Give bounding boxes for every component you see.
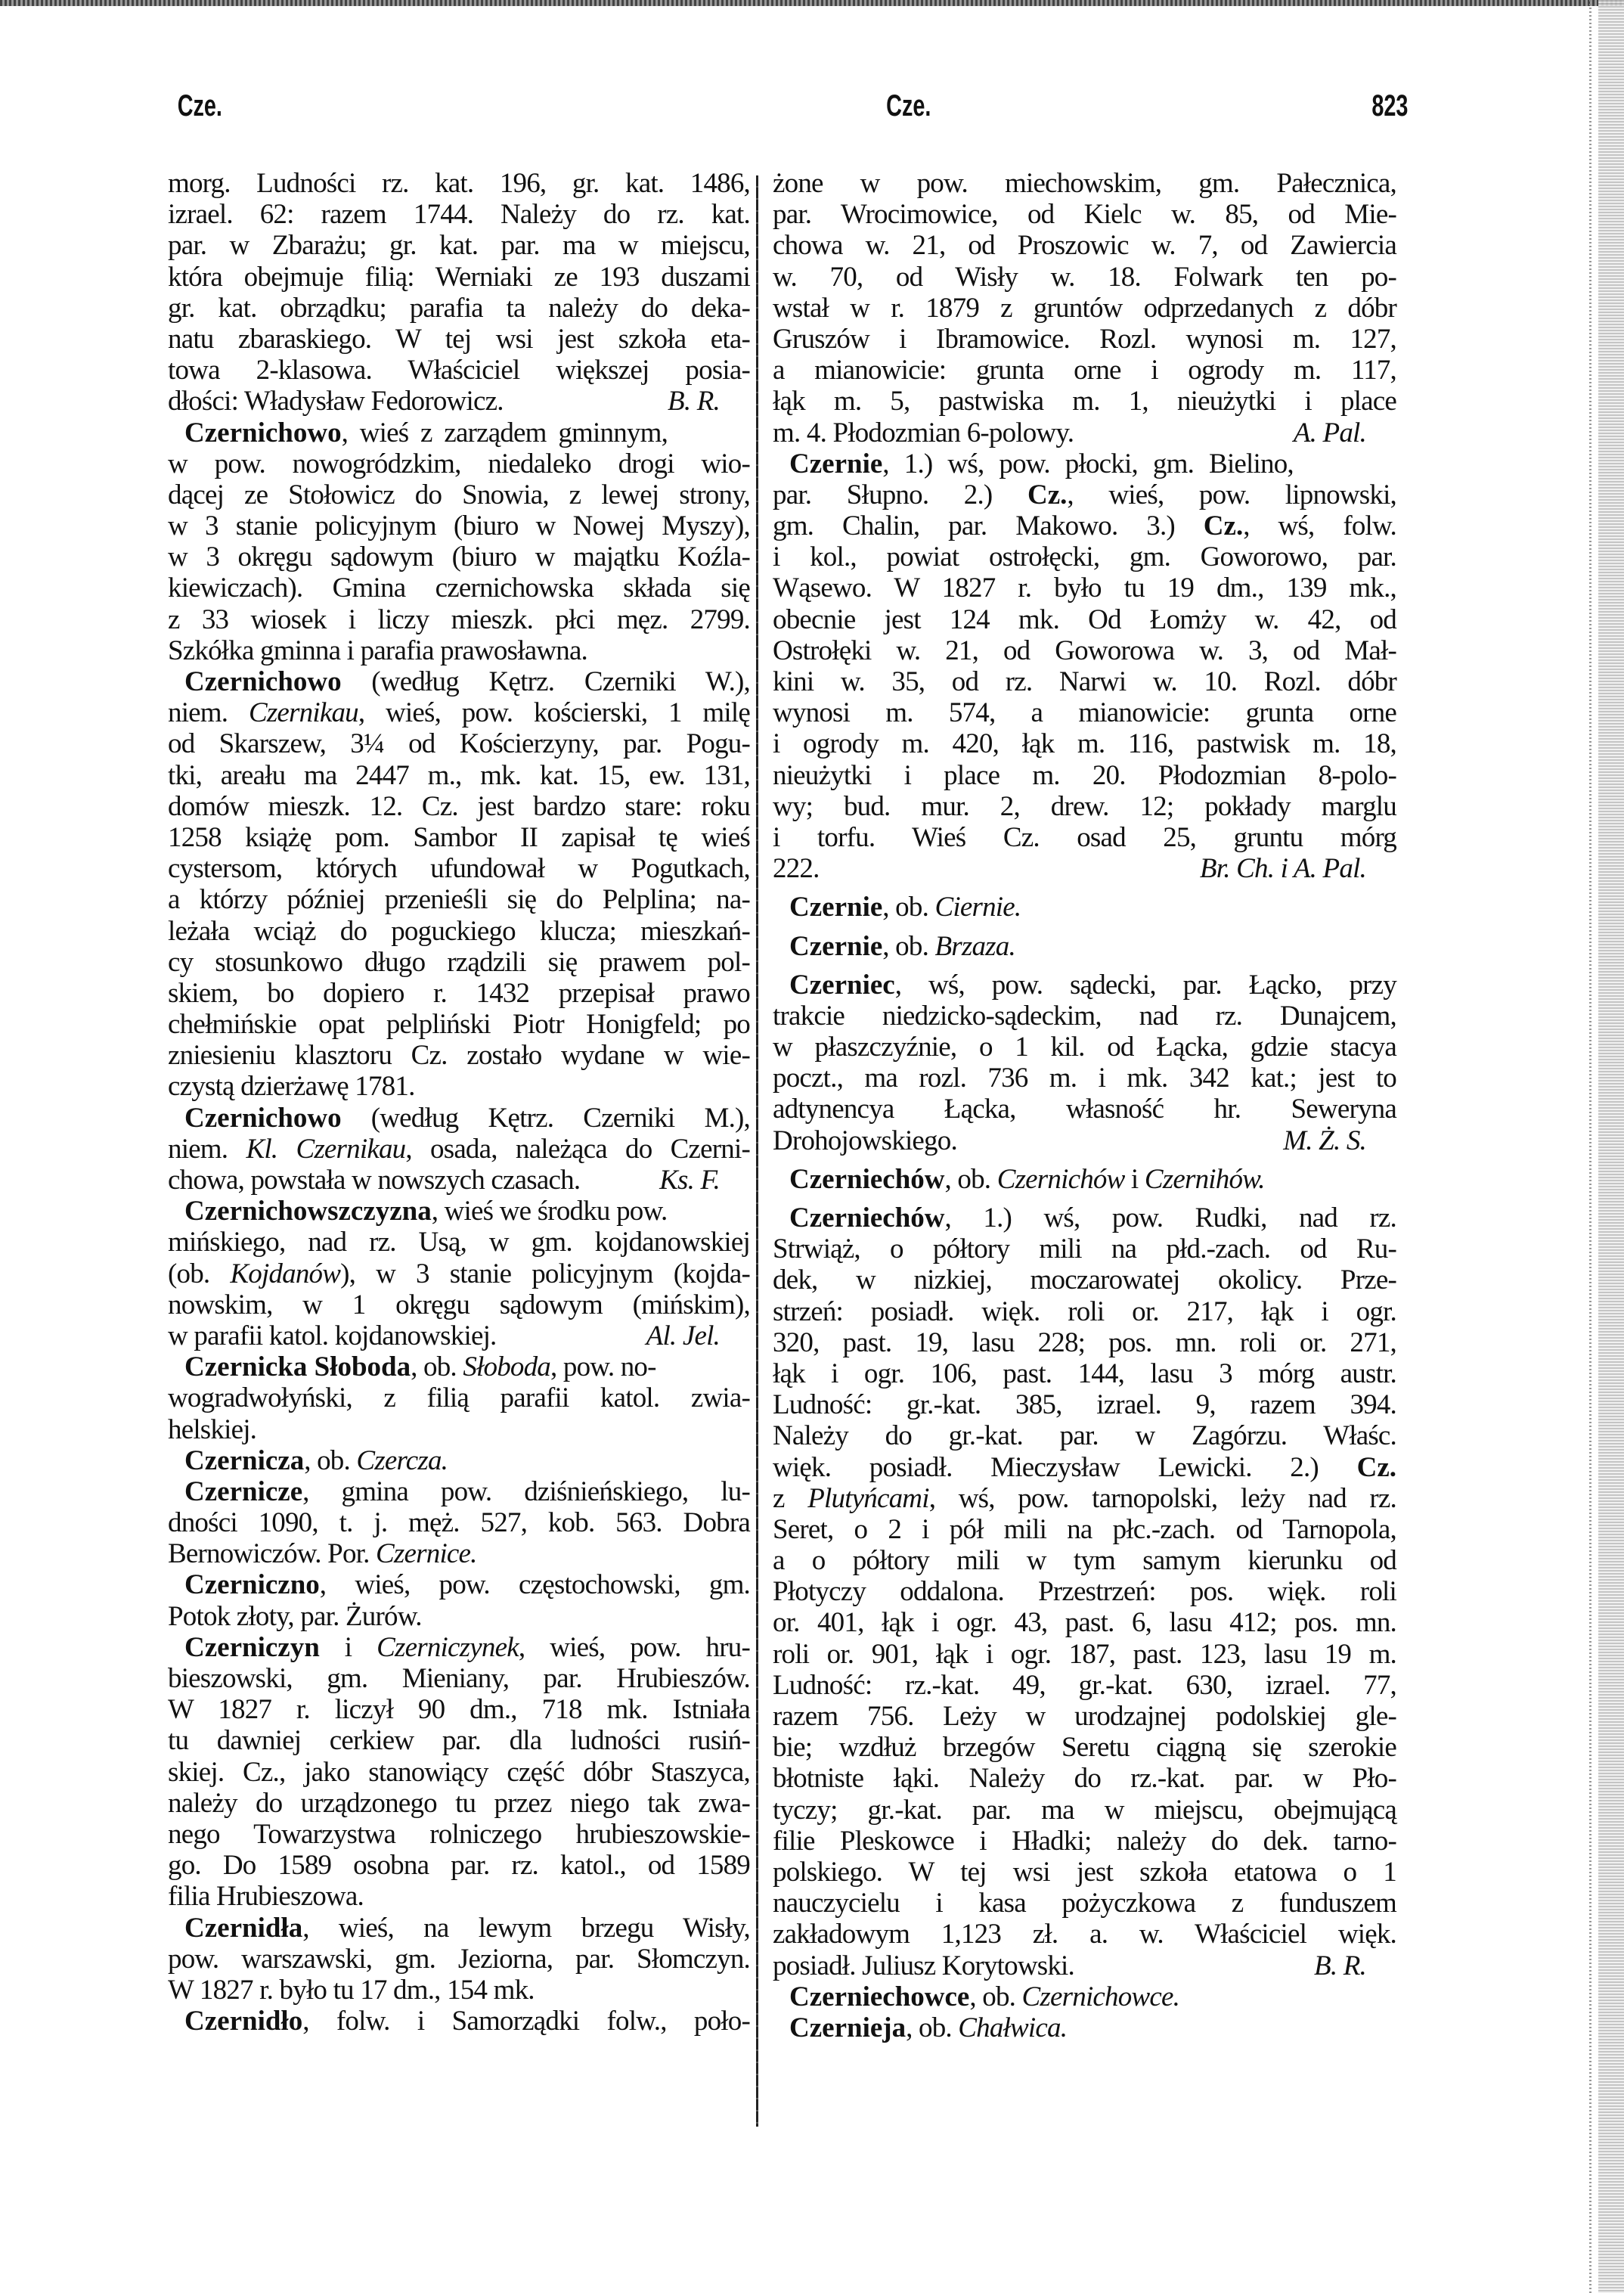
- text-run: roli or. 901, łąk i ogr. 187, past. 123,…: [773, 1639, 1396, 1670]
- scan-top-edge: [0, 0, 1624, 6]
- text-run: , wieś, pow. kościerski, 1 milę: [358, 697, 750, 728]
- text-line: filie Pleskowce i Hładki; należy do dek.…: [773, 1826, 1396, 1857]
- headword: Czerniczno: [184, 1569, 320, 1600]
- text-run: filia Hrubieszowa.: [168, 1881, 364, 1912]
- text-run: kiewiczach). Gmina czernichowska składa …: [168, 572, 750, 604]
- entry-headword-line: Czernie, ob. Brzaza.: [773, 931, 1396, 962]
- text-run: (według Kętrz. Czerniki M.),: [342, 1103, 750, 1134]
- text-run: Potok złoty, par. Żurów.: [168, 1601, 422, 1632]
- italic-reference: Czernihów.: [1145, 1164, 1265, 1195]
- text-run: Ludność: gr.-kat. 385, izrael. 9, razem …: [773, 1389, 1396, 1420]
- text-line: Strwiąż, o półtory mili na płd.-zach. od…: [773, 1233, 1396, 1264]
- entry-headword-line: Czernie, 1.) wś, pow. płocki, gm. Bielin…: [773, 448, 1396, 479]
- italic-reference: Czercza.: [356, 1445, 448, 1476]
- text-run: tyczy; gr.-kat. par. ma w miejscu, obejm…: [773, 1795, 1396, 1826]
- text-run: a o półtory mili w tym samym kierunku od: [773, 1545, 1396, 1576]
- text-line: pow. warszawski, gm. Jeziorna, par. Słom…: [168, 1944, 750, 1975]
- italic-reference: Czernichowce.: [1022, 1981, 1179, 2012]
- text-run: a którzy później przenieśli się do Pelpl…: [168, 884, 750, 915]
- text-run: 1258 książę pom. Sambor II zapisał tę wi…: [168, 822, 750, 853]
- text-run: i torfu. Wieś Cz. osad 25, gruntu mórg: [773, 822, 1396, 853]
- text-line: Należy do gr.-kat. par. w Zagórzu. Właśc…: [773, 1420, 1396, 1451]
- text-run: , folw. i Samorządki folw., poło-: [302, 2006, 750, 2037]
- text-run: w 3 okręgu sądowym (biuro w majątku Koźl…: [168, 541, 750, 572]
- text-run: tki, areału ma 2447 m., mk. kat. 15, ew.…: [168, 760, 750, 791]
- text-run: , 1.) wś, pow. płocki, gm. Bielino,: [882, 448, 1294, 479]
- text-line: Ostrołęki w. 21, od Goworowa w. 3, od Ma…: [773, 635, 1396, 666]
- text-line: polskiego. W tej wsi jest szkoła etatowa…: [773, 1857, 1396, 1888]
- text-line: 320, past. 19, lasu 228; pos. mn. roli o…: [773, 1327, 1396, 1358]
- entry-headword-line: Czerniczno, wieś, pow. częstochowski, gm…: [168, 1569, 750, 1600]
- headword: Cz.: [1357, 1452, 1396, 1483]
- text-line: trakcie niedzicko-sądeckim, nad rz. Duna…: [773, 1001, 1396, 1032]
- entry-headword-line: Czernicka Słoboda, ob. Słoboda, pow. no-: [168, 1351, 750, 1382]
- text-line: dności 1090, t. j. męż. 527, kob. 563. D…: [168, 1507, 750, 1538]
- text-line: w płaszczyźnie, o 1 kil. od Łącka, gdzie…: [773, 1032, 1396, 1063]
- text-line: dłości: Władysław Fedorowicz. B. R.: [168, 386, 750, 417]
- entry-headword-line: Czerniechów, ob. Czernichów i Czernihów.: [773, 1164, 1396, 1195]
- text-run: Drohojowskiego.: [773, 1125, 957, 1156]
- text-line: skiej. Cz., jako stanowiący część dóbr S…: [168, 1757, 750, 1788]
- author-signature: Ks. F.: [659, 1165, 750, 1196]
- text-run: W 1827 r. liczył 90 dm., 718 mk. Istniał…: [168, 1694, 750, 1725]
- text-line: tyczy; gr.-kat. par. ma w miejscu, obejm…: [773, 1795, 1396, 1826]
- text-run: , ob.: [304, 1445, 356, 1476]
- text-line: należy do urządzonego tu przez niego tak…: [168, 1788, 750, 1819]
- italic-reference: Chałwica.: [958, 2012, 1067, 2043]
- text-line: Szkółka gminna i parafia prawosławna.: [168, 635, 750, 666]
- italic-reference: Ciernie.: [934, 892, 1021, 923]
- italic-reference: Czerniczynek: [377, 1632, 519, 1663]
- text-line: 222.Br. Ch. i A. Pal.: [773, 853, 1396, 884]
- text-line: tki, areału ma 2447 m., mk. kat. 15, ew.…: [168, 760, 750, 791]
- text-line: mińskiego, nad rz. Usą, w gm. kojdanowsk…: [168, 1227, 750, 1258]
- text-run: i kol., powiat ostrołęcki, gm. Goworowo,…: [773, 541, 1396, 572]
- entry-headword-line: Czernichowo, wieś z zarządem gminnym,: [168, 417, 750, 448]
- text-line: nego Towarzystwa rolniczego hrubieszowsk…: [168, 1819, 750, 1850]
- headword: Czernieja: [789, 2012, 906, 2043]
- entry-headword-line: Czernie, ob. Ciernie.: [773, 892, 1396, 923]
- text-line: od Skarszew, 3¼ od Kościerzyny, par. Pog…: [168, 728, 750, 759]
- text-run: , wieś we środku pow.: [432, 1196, 668, 1227]
- text-line: zakładowym 1,123 zł. a. w. Właściciel wi…: [773, 1919, 1396, 1950]
- text-line: 1258 książę pom. Sambor II zapisał tę wi…: [168, 822, 750, 853]
- text-run: m. 4. Płodozmian 6-polowy.: [773, 417, 1074, 448]
- text-run: , wś, pow. sądecki, par. Łącko, przy: [895, 970, 1396, 1001]
- entry-headword-line: Czernicza, ob. Czercza.: [168, 1445, 750, 1476]
- text-run: Strwiąż, o półtory mili na płd.-zach. od…: [773, 1233, 1396, 1264]
- italic-reference: Czernikau: [249, 697, 358, 728]
- entry-headword-line: Czerniec, wś, pow. sądecki, par. Łącko, …: [773, 970, 1396, 1001]
- text-line: zniesieniu klasztoru Cz. zostało wydane …: [168, 1040, 750, 1071]
- text-run: par. Wrocimowice, od Kielc w. 85, od Mie…: [773, 199, 1396, 230]
- text-line: adtynencya Łącka, własność hr. Seweryna: [773, 1094, 1396, 1125]
- headword: Czernichowszczyzna: [184, 1196, 432, 1227]
- headword: Czerniechów: [789, 1202, 945, 1233]
- text-line: natu zbaraskiego. W tej wsi jest szkoła …: [168, 324, 750, 355]
- text-run: z 33 wiosek i liczy mieszk. płci męz. 27…: [168, 604, 750, 635]
- text-run: nieużytki i place m. 20. Płodozmian 8-po…: [773, 760, 1396, 791]
- text-run: nego Towarzystwa rolniczego hrubieszowsk…: [168, 1819, 750, 1850]
- author-signature: B. R.: [1314, 1950, 1396, 1981]
- entry-headword-line: Czernichowo (według Kętrz. Czerniki W.),: [168, 666, 750, 697]
- italic-reference: Czernice.: [376, 1538, 477, 1569]
- text-line: a którzy później przenieśli się do Pelpl…: [168, 884, 750, 915]
- text-run: , wieś, na lewym brzegu Wisły,: [302, 1913, 750, 1944]
- text-line: łąk i ogr. 106, past. 144, lasu 3 mórg a…: [773, 1358, 1396, 1389]
- text-line: towa 2-klasowa. Właściciel większej posi…: [168, 355, 750, 386]
- text-run: Wąsewo. W 1827 r. było tu 19 dm., 139 mk…: [773, 572, 1396, 604]
- author-signature: B. R.: [668, 386, 750, 417]
- text-line: łąk m. 5, pastwiska m. 1, nieużytki i pl…: [773, 386, 1396, 417]
- text-line: bie; wzdłuż brzegów Seretu ciągną się sz…: [773, 1732, 1396, 1763]
- text-run: par. w Zbarażu; gr. kat. par. ma w miejs…: [168, 230, 750, 261]
- text-line: helskiej.: [168, 1414, 750, 1445]
- text-line: z Plutyńcami, wś, pow. tarnopolski, leży…: [773, 1483, 1396, 1514]
- text-line: kiewiczach). Gmina czernichowska składa …: [168, 572, 750, 604]
- text-line: izrael. 62: razem 1744. Należy do rz. ka…: [168, 199, 750, 230]
- text-run: , wieś, pow. lipnowski,: [1067, 479, 1396, 510]
- text-run: niem.: [168, 1134, 246, 1165]
- text-run: , osada, należąca do Czerni-: [405, 1134, 750, 1165]
- text-line: niem. Kl. Czernikau, osada, należąca do …: [168, 1134, 750, 1165]
- text-run: z: [773, 1483, 807, 1514]
- left-column: morg. Ludności rz. kat. 196, gr. kat. 14…: [168, 168, 750, 2037]
- text-run: ), w 3 stanie policyjnym (kojda-: [340, 1258, 750, 1289]
- text-run: , ob.: [969, 1981, 1021, 2012]
- text-line: domów mieszk. 12. Cz. jest bardzo stare:…: [168, 791, 750, 822]
- text-line: razem 756. Leży w urodzajnej podolskiej …: [773, 1701, 1396, 1732]
- text-line: tu dawniej cerkiew par. dla ludności rus…: [168, 1725, 750, 1756]
- text-run: (według Kętrz. Czerniki W.),: [342, 666, 750, 697]
- text-run: dności 1090, t. j. męż. 527, kob. 563. D…: [168, 1507, 750, 1538]
- text-run: w pow. nowogródzkim, niedaleko drogi wio…: [168, 448, 750, 479]
- text-line: chowa w. 21, od Proszowic w. 7, od Zawie…: [773, 230, 1396, 261]
- text-run: posiadł. Juliusz Korytowski.: [773, 1950, 1074, 1981]
- page-number: 823: [1371, 89, 1408, 123]
- text-line: niem. Czernikau, wieś, pow. kościerski, …: [168, 697, 750, 728]
- text-line: z 33 wiosek i liczy mieszk. płci męz. 27…: [168, 604, 750, 635]
- entry-headword-line: Czerniechów, 1.) wś, pow. Rudki, nad rz.: [773, 1202, 1396, 1233]
- text-line: nauczycielu i kasa pożyczkowa z fundusze…: [773, 1888, 1396, 1919]
- text-line: Ludność: rz.-kat. 49, gr.-kat. 630, izra…: [773, 1670, 1396, 1701]
- text-line: Seret, o 2 i pół mili na płc.-zach. od T…: [773, 1514, 1396, 1545]
- text-run: , ob.: [411, 1351, 463, 1382]
- text-line: żone w pow. miechowskim, gm. Pałecznica,: [773, 168, 1396, 199]
- text-run: bieszowski, gm. Mieniany, par. Hrubieszó…: [168, 1663, 750, 1694]
- text-run: skiej. Cz., jako stanowiący część dóbr S…: [168, 1757, 750, 1788]
- text-line: wstał w r. 1879 z gruntów odprzedanych z…: [773, 293, 1396, 324]
- text-run: czystą dzierżawę 1781.: [168, 1071, 415, 1102]
- author-signature: Al. Jel.: [646, 1320, 750, 1351]
- text-run: zakładowym 1,123 zł. a. w. Właściciel wi…: [773, 1919, 1396, 1950]
- text-run: izrael. 62: razem 1744. Należy do rz. ka…: [168, 199, 750, 230]
- text-run: Szkółka gminna i parafia prawosławna.: [168, 635, 587, 666]
- text-line: morg. Ludności rz. kat. 196, gr. kat. 14…: [168, 168, 750, 199]
- text-line: Bernowiczów. Por. Czernice.: [168, 1538, 750, 1569]
- text-run: i: [1124, 1164, 1144, 1195]
- text-line: w 3 stanie policyjnym (biuro w Nowej Mys…: [168, 510, 750, 541]
- text-line: w pow. nowogródzkim, niedaleko drogi wio…: [168, 448, 750, 479]
- text-line: i ogrody m. 420, łąk m. 116, pastwisk m.…: [773, 728, 1396, 759]
- headword: Czernidło: [184, 2006, 302, 2037]
- text-line: (ob. Kojdanów), w 3 stanie policyjnym (k…: [168, 1258, 750, 1289]
- text-run: tu dawniej cerkiew par. dla ludności rus…: [168, 1725, 750, 1756]
- text-line: a mianowicie: grunta orne i ogrody m. 11…: [773, 355, 1396, 386]
- text-run: wynosi m. 574, a mianowicie: grunta orne: [773, 697, 1396, 728]
- headword: Czernichowo: [184, 666, 342, 697]
- entry-headword-line: Czernidła, wieś, na lewym brzegu Wisły,: [168, 1913, 750, 1944]
- text-run: Seret, o 2 i pół mili na płc.-zach. od T…: [773, 1514, 1396, 1545]
- headword: Czernidła: [184, 1913, 302, 1944]
- text-run: skiem, bo dopiero r. 1432 przepisał praw…: [168, 978, 750, 1009]
- entry-headword-line: Czernidło, folw. i Samorządki folw., poł…: [168, 2006, 750, 2037]
- text-run: , wś, pow. tarnopolski, leży nad rz.: [929, 1483, 1396, 1514]
- text-line: cystersom, których ufundował w Pogutkach…: [168, 853, 750, 884]
- text-run: żone w pow. miechowskim, gm. Pałecznica,: [773, 168, 1396, 199]
- text-line: obecnie jest 124 mk. Od Łomży w. 42, od: [773, 604, 1396, 635]
- headword: Czernie: [789, 931, 882, 962]
- text-run: wstał w r. 1879 z gruntów odprzedanych z…: [773, 293, 1396, 324]
- entry-headword-line: Czernichowszczyzna, wieś we środku pow.: [168, 1196, 750, 1227]
- text-run: helskiej.: [168, 1414, 256, 1445]
- text-run: adtynencya Łącka, własność hr. Seweryna: [773, 1094, 1396, 1125]
- text-line: która obejmuje filią: Werniaki ze 193 du…: [168, 262, 750, 293]
- text-run: , pow. no-: [550, 1351, 656, 1382]
- headword: Czernie: [789, 892, 882, 923]
- italic-reference: Czernichów: [997, 1164, 1125, 1195]
- text-run: więk. posiadł. Mieczysław Lewicki. 2.): [773, 1452, 1357, 1483]
- text-run: gm. Chalin, par. Makowo. 3.): [773, 510, 1204, 541]
- text-run: , wieś, pow. częstochowski, gm.: [320, 1569, 750, 1600]
- text-run: od Skarszew, 3¼ od Kościerzyny, par. Pog…: [168, 728, 750, 759]
- text-run: Gruszów i Ibramowice. Rozl. wynosi m. 12…: [773, 324, 1396, 355]
- text-line: W 1827 r. liczył 90 dm., 718 mk. Istniał…: [168, 1694, 750, 1725]
- text-line: błotniste łąki. Należy do rz.-kat. par. …: [773, 1763, 1396, 1794]
- text-run: strzeń: posiadł. więk. roli or. 217, łąk…: [773, 1296, 1396, 1327]
- text-run: i ogrody m. 420, łąk m. 116, pastwisk m.…: [773, 728, 1396, 759]
- headword: Czerniec: [789, 970, 895, 1001]
- text-run: nowskim, w 1 okręgu sądowym (mińskim),: [168, 1289, 750, 1320]
- text-line: par. Wrocimowice, od Kielc w. 85, od Mie…: [773, 199, 1396, 230]
- text-line: nowskim, w 1 okręgu sądowym (mińskim),: [168, 1289, 750, 1320]
- headword: Czerniczyn: [184, 1632, 320, 1663]
- text-run: , 1.) wś, pow. Rudki, nad rz.: [945, 1202, 1397, 1233]
- text-run: i: [320, 1632, 377, 1663]
- italic-reference: Plutyńcami: [807, 1483, 929, 1514]
- author-signature: A. Pal.: [1294, 417, 1396, 448]
- text-line: Drohojowskiego. M. Ż. S.: [773, 1125, 1396, 1156]
- text-run: wy; bud. mur. 2, drew. 12; pokłady margl…: [773, 791, 1396, 822]
- entry-headword-line: Czernicze, gmina pow. dziśnieńskiego, lu…: [168, 1476, 750, 1507]
- text-line: Potok złoty, par. Żurów.: [168, 1601, 750, 1632]
- scan-right-edge: [1598, 0, 1624, 2293]
- text-line: czystą dzierżawę 1781.: [168, 1071, 750, 1102]
- text-run: domów mieszk. 12. Cz. jest bardzo stare:…: [168, 791, 750, 822]
- text-line: chełmińskie opat pelpliński Piotr Honigf…: [168, 1009, 750, 1040]
- text-run: a mianowicie: grunta orne i ogrody m. 11…: [773, 355, 1396, 386]
- text-run: błotniste łąki. Należy do rz.-kat. par. …: [773, 1763, 1396, 1794]
- text-run: dłości: Władysław Fedorowicz.: [168, 386, 504, 417]
- text-line: bieszowski, gm. Mieniany, par. Hrubieszó…: [168, 1663, 750, 1694]
- text-line: cy stosunkowo długo rządzili się prawem …: [168, 947, 750, 978]
- text-run: łąk i ogr. 106, past. 144, lasu 3 mórg a…: [773, 1358, 1396, 1389]
- text-run: dącej ze Stołowicz do Snowia, z lewej st…: [168, 479, 750, 510]
- text-run: chowa, powstała w nowszych czasach.: [168, 1165, 580, 1196]
- text-line: i torfu. Wieś Cz. osad 25, gruntu mórg: [773, 822, 1396, 853]
- author-signature: M. Ż. S.: [1283, 1125, 1396, 1156]
- text-line: Płotyczy oddalona. Przestrzeń: pos. więk…: [773, 1576, 1396, 1607]
- text-line: roli or. 901, łąk i ogr. 187, past. 123,…: [773, 1639, 1396, 1670]
- text-run: go. Do 1589 osobna par. rz. katol., od 1…: [168, 1850, 750, 1881]
- text-run: gr. kat. obrządku; parafia ta należy do …: [168, 293, 750, 324]
- text-run: poczt., ma rozl. 736 m. i mk. 342 kat.; …: [773, 1063, 1396, 1094]
- text-run: wogradwołyński, z filią parafii katol. z…: [168, 1382, 750, 1413]
- text-run: leżała wciąż do poguckiego klucza; miesz…: [168, 916, 750, 947]
- text-run: , ob.: [882, 931, 934, 962]
- text-run: , ob.: [882, 892, 934, 923]
- headword: Czernie: [789, 448, 882, 479]
- text-run: (ob.: [168, 1258, 230, 1289]
- text-run: , ob.: [945, 1164, 997, 1195]
- headword: Cz.: [1027, 479, 1067, 510]
- text-line: gm. Chalin, par. Makowo. 3.) Cz., wś, fo…: [773, 510, 1396, 541]
- text-run: or. 401, łąk i ogr. 43, past. 6, lasu 41…: [773, 1607, 1396, 1638]
- entry-headword-line: Czerniechowce, ob. Czernichowce.: [773, 1981, 1396, 2012]
- text-line: kini w. 35, od rz. Narwi w. 10. Rozl. dó…: [773, 666, 1396, 697]
- text-run: filie Pleskowce i Hładki; należy do dek.…: [773, 1826, 1396, 1857]
- text-run: , wś, folw.: [1243, 510, 1396, 541]
- text-line: go. Do 1589 osobna par. rz. katol., od 1…: [168, 1850, 750, 1881]
- text-line: Gruszów i Ibramowice. Rozl. wynosi m. 12…: [773, 324, 1396, 355]
- text-line: strzeń: posiadł. więk. roli or. 217, łąk…: [773, 1296, 1396, 1327]
- right-running-head: Cze.: [886, 89, 931, 123]
- left-running-head: Cze.: [178, 89, 222, 123]
- text-line: dącej ze Stołowicz do Snowia, z lewej st…: [168, 479, 750, 510]
- italic-reference: Kojdanów: [230, 1258, 340, 1289]
- text-run: , gmina pow. dziśnieńskiego, lu-: [302, 1476, 750, 1507]
- text-run: niem.: [168, 697, 249, 728]
- text-run: w. 70, od Wisły w. 18. Folwark ten po-: [773, 262, 1396, 293]
- text-run: Ostrołęki w. 21, od Goworowa w. 3, od Ma…: [773, 635, 1396, 666]
- text-run: chełmińskie opat pelpliński Piotr Honigf…: [168, 1009, 750, 1040]
- text-run: należy do urządzonego tu przez niego tak…: [168, 1788, 750, 1819]
- text-line: i kol., powiat ostrołęcki, gm. Goworowo,…: [773, 541, 1396, 572]
- text-run: w płaszczyźnie, o 1 kil. od Łącka, gdzie…: [773, 1032, 1396, 1063]
- text-line: wy; bud. mur. 2, drew. 12; pokłady margl…: [773, 791, 1396, 822]
- entry-headword-line: Czernieja, ob. Chałwica.: [773, 2012, 1396, 2043]
- headword: Czernicka Słoboda: [184, 1351, 411, 1382]
- right-column: żone w pow. miechowskim, gm. Pałecznica,…: [773, 168, 1396, 2043]
- text-line: skiem, bo dopiero r. 1432 przepisał praw…: [168, 978, 750, 1009]
- text-line: więk. posiadł. Mieczysław Lewicki. 2.) C…: [773, 1452, 1396, 1483]
- text-line: filia Hrubieszowa.: [168, 1881, 750, 1912]
- text-line: gr. kat. obrządku; parafia ta należy do …: [168, 293, 750, 324]
- headword: Czerniechowce: [789, 1981, 969, 2012]
- text-run: trakcie niedzicko-sądeckim, nad rz. Duna…: [773, 1001, 1396, 1032]
- text-line: W 1827 r. było tu 17 dm., 154 mk.: [168, 1975, 750, 2006]
- text-run: 320, past. 19, lasu 228; pos. mn. roli o…: [773, 1327, 1396, 1358]
- text-run: mińskiego, nad rz. Usą, w gm. kojdanowsk…: [168, 1227, 750, 1258]
- text-line: w parafii katol. kojdanowskiej. Al. Jel.: [168, 1320, 750, 1351]
- text-run: 222.: [773, 853, 820, 884]
- text-run: obecnie jest 124 mk. Od Łomży w. 42, od: [773, 604, 1396, 635]
- text-run: morg. Ludności rz. kat. 196, gr. kat. 14…: [168, 168, 750, 199]
- text-line: chowa, powstała w nowszych czasach. Ks. …: [168, 1165, 750, 1196]
- text-line: m. 4. Płodozmian 6-polowy. A. Pal.: [773, 417, 1396, 448]
- text-line: wogradwołyński, z filią parafii katol. z…: [168, 1382, 750, 1413]
- text-line: posiadł. Juliusz Korytowski. B. R.: [773, 1950, 1396, 1981]
- text-run: razem 756. Leży w urodzajnej podolskiej …: [773, 1701, 1396, 1732]
- text-run: natu zbaraskiego. W tej wsi jest szkoła …: [168, 324, 750, 355]
- text-line: poczt., ma rozl. 736 m. i mk. 342 kat.; …: [773, 1063, 1396, 1094]
- headword: Czernichowo: [184, 417, 342, 448]
- text-run: pow. warszawski, gm. Jeziorna, par. Słom…: [168, 1944, 750, 1975]
- text-run: Bernowiczów. Por.: [168, 1538, 376, 1569]
- text-run: która obejmuje filią: Werniaki ze 193 du…: [168, 262, 750, 293]
- text-run: nauczycielu i kasa pożyczkowa z fundusze…: [773, 1888, 1396, 1919]
- text-run: par. Słupno. 2.): [773, 479, 1027, 510]
- text-run: Ludność: rz.-kat. 49, gr.-kat. 630, izra…: [773, 1670, 1396, 1701]
- text-run: , wieś, pow. hru-: [519, 1632, 750, 1663]
- entry-headword-line: Czernichowo (według Kętrz. Czerniki M.),: [168, 1103, 750, 1134]
- text-line: w 3 okręgu sądowym (biuro w majątku Koźl…: [168, 541, 750, 572]
- text-line: w. 70, od Wisły w. 18. Folwark ten po-: [773, 262, 1396, 293]
- entry-headword-line: Czerniczyn i Czerniczynek, wieś, pow. hr…: [168, 1632, 750, 1663]
- text-line: par. w Zbarażu; gr. kat. par. ma w miejs…: [168, 230, 750, 261]
- text-run: towa 2-klasowa. Właściciel większej posi…: [168, 355, 750, 386]
- text-run: , ob.: [906, 2012, 958, 2043]
- text-run: kini w. 35, od rz. Narwi w. 10. Rozl. dó…: [773, 666, 1396, 697]
- italic-reference: Słoboda: [463, 1351, 550, 1382]
- text-run: polskiego. W tej wsi jest szkoła etatowa…: [773, 1857, 1396, 1888]
- text-line: Wąsewo. W 1827 r. było tu 19 dm., 139 mk…: [773, 572, 1396, 604]
- headword: Czernicze: [184, 1476, 302, 1507]
- text-run: chowa w. 21, od Proszowic w. 7, od Zawie…: [773, 230, 1396, 261]
- text-line: par. Słupno. 2.) Cz., wieś, pow. lipnows…: [773, 479, 1396, 510]
- text-run: bie; wzdłuż brzegów Seretu ciągną się sz…: [773, 1732, 1396, 1763]
- text-line: a o półtory mili w tym samym kierunku od: [773, 1545, 1396, 1576]
- text-run: W 1827 r. było tu 17 dm., 154 mk.: [168, 1975, 535, 2006]
- text-line: or. 401, łąk i ogr. 43, past. 6, lasu 41…: [773, 1607, 1396, 1638]
- italic-reference: Kl. Czernikau: [246, 1134, 405, 1165]
- headword: Czernicza: [184, 1445, 304, 1476]
- author-signature: Br. Ch. i A. Pal.: [1200, 853, 1396, 884]
- headword: Cz.: [1204, 510, 1243, 541]
- text-line: nieużytki i place m. 20. Płodozmian 8-po…: [773, 760, 1396, 791]
- text-run: w 3 stanie policyjnym (biuro w Nowej Mys…: [168, 510, 750, 541]
- headword: Czernichowo: [184, 1103, 342, 1134]
- text-run: cy stosunkowo długo rządzili się prawem …: [168, 947, 750, 978]
- text-run: dek, w nizkiej, moczarowatej okolicy. Pr…: [773, 1264, 1396, 1295]
- text-run: , wieś z zarządem gminnym,: [342, 417, 668, 448]
- text-line: wynosi m. 574, a mianowicie: grunta orne: [773, 697, 1396, 728]
- text-line: dek, w nizkiej, moczarowatej okolicy. Pr…: [773, 1264, 1396, 1295]
- headword: Czerniechów: [789, 1164, 945, 1195]
- text-line: Ludność: gr.-kat. 385, izrael. 9, razem …: [773, 1389, 1396, 1420]
- text-run: cystersom, których ufundował w Pogutkach…: [168, 853, 750, 884]
- text-run: Należy do gr.-kat. par. w Zagórzu. Właśc…: [773, 1420, 1396, 1451]
- text-line: leżała wciąż do poguckiego klucza; miesz…: [168, 916, 750, 947]
- column-divider: [756, 175, 758, 2127]
- text-run: w parafii katol. kojdanowskiej.: [168, 1320, 497, 1351]
- italic-reference: Brzaza.: [934, 931, 1015, 962]
- text-run: łąk m. 5, pastwiska m. 1, nieużytki i pl…: [773, 386, 1396, 417]
- text-run: zniesieniu klasztoru Cz. zostało wydane …: [168, 1040, 750, 1071]
- running-header: Cze. Cze. 823: [0, 89, 1170, 135]
- text-run: Płotyczy oddalona. Przestrzeń: pos. więk…: [773, 1576, 1396, 1607]
